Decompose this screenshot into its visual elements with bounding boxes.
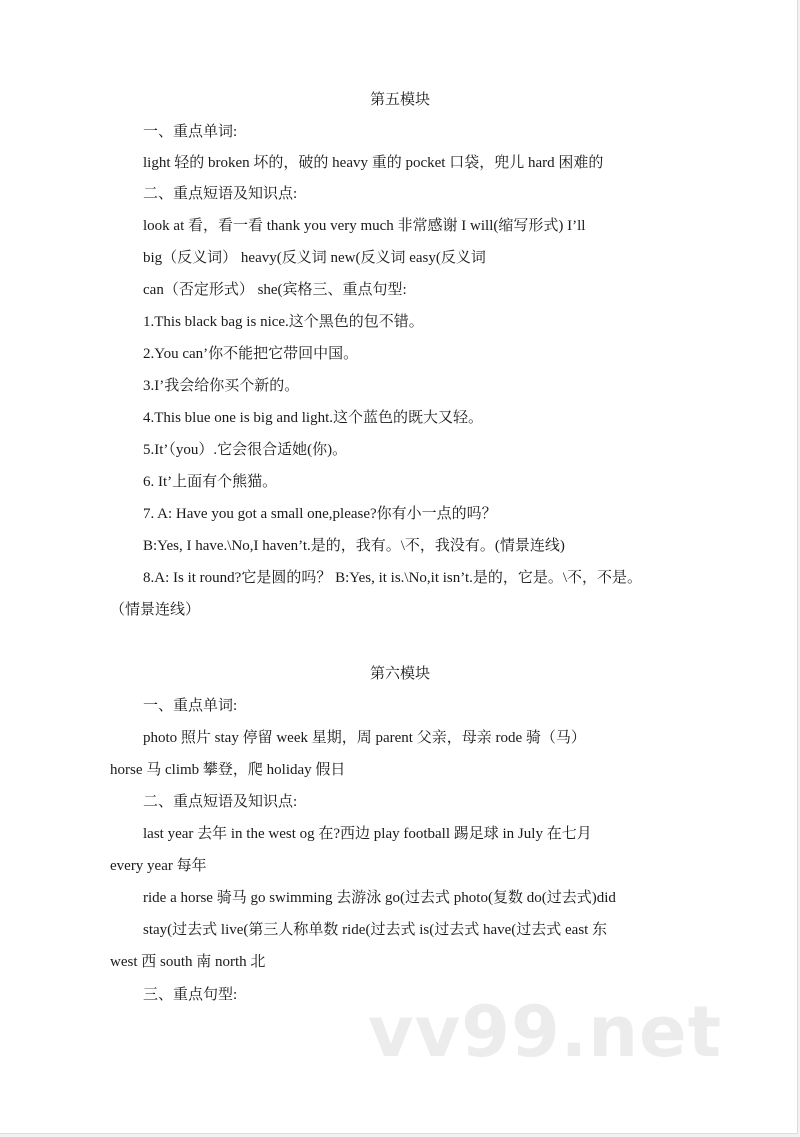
module5-sentence: 3.I’我会给你买个新的。 <box>143 376 299 396</box>
module5-sentence: 5.It’（you）.它会很合适她(你)。 <box>143 440 347 460</box>
module6-phrase-line: stay(过去式 live(第三人称单数 ride(过去式 is(过去式 hav… <box>143 920 607 940</box>
module6-words-line: photo 照片 stay 停留 week 星期，周 parent 父亲，母亲 … <box>143 728 586 748</box>
module5-sentence: B:Yes, I have.\No,I haven’t.是的，我有。\不，我没有… <box>143 536 565 556</box>
module5-words-line: light 轻的 broken 坏的，破的 heavy 重的 pocket 口袋… <box>143 153 603 173</box>
module6-sentences-heading: 三、重点句型: <box>143 985 237 1005</box>
module5-sentence-continuation: （情景连线） <box>110 600 200 620</box>
module5-sentence: 8.A: Is it round?它是圆的吗？ B:Yes, it is.\No… <box>143 568 642 588</box>
module6-words-heading: 一、重点单词: <box>143 696 237 716</box>
module6-phrase-line: west 西 south 南 north 北 <box>110 952 265 972</box>
module6-phrase-line: last year 去年 in the west og 在?西边 play fo… <box>143 824 592 844</box>
module5-sentence: 4.This blue one is big and light.这个蓝色的既大… <box>143 408 483 428</box>
module5-sentence: 6. It’上面有个熊猫。 <box>143 472 277 492</box>
module6-phrases-heading: 二、重点短语及知识点: <box>143 792 297 812</box>
document-page: 第五模块 一、重点单词: light 轻的 broken 坏的，破的 heavy… <box>0 0 798 1134</box>
module5-words-heading: 一、重点单词: <box>143 122 237 142</box>
module6-phrase-line: ride a horse 骑马 go swimming 去游泳 go(过去式 p… <box>143 888 616 908</box>
module6-title: 第六模块 <box>0 664 800 684</box>
module5-phrases-heading: 二、重点短语及知识点: <box>143 184 297 204</box>
module5-sentence: 2.You can’你不能把它带回中国。 <box>143 344 358 364</box>
module5-sentence: 7. A: Have you got a small one,please?你有… <box>143 504 497 524</box>
watermark-text: vv99.net <box>368 992 722 1072</box>
module5-sentence: 1.This black bag is nice.这个黑色的包不错。 <box>143 312 424 332</box>
module6-words-line: horse 马 climb 攀登，爬 holiday 假日 <box>110 760 345 780</box>
module5-title: 第五模块 <box>0 90 800 110</box>
module5-phrase-line: look at 看，看一看 thank you very much 非常感谢 I… <box>143 216 585 236</box>
module5-phrase-line: big（反义词） heavy(反义词 new(反义词 easy(反义词 <box>143 248 486 268</box>
module6-phrase-line: every year 每年 <box>110 856 207 876</box>
module5-phrase-line: can（否定形式） she(宾格三、重点句型: <box>143 280 407 300</box>
